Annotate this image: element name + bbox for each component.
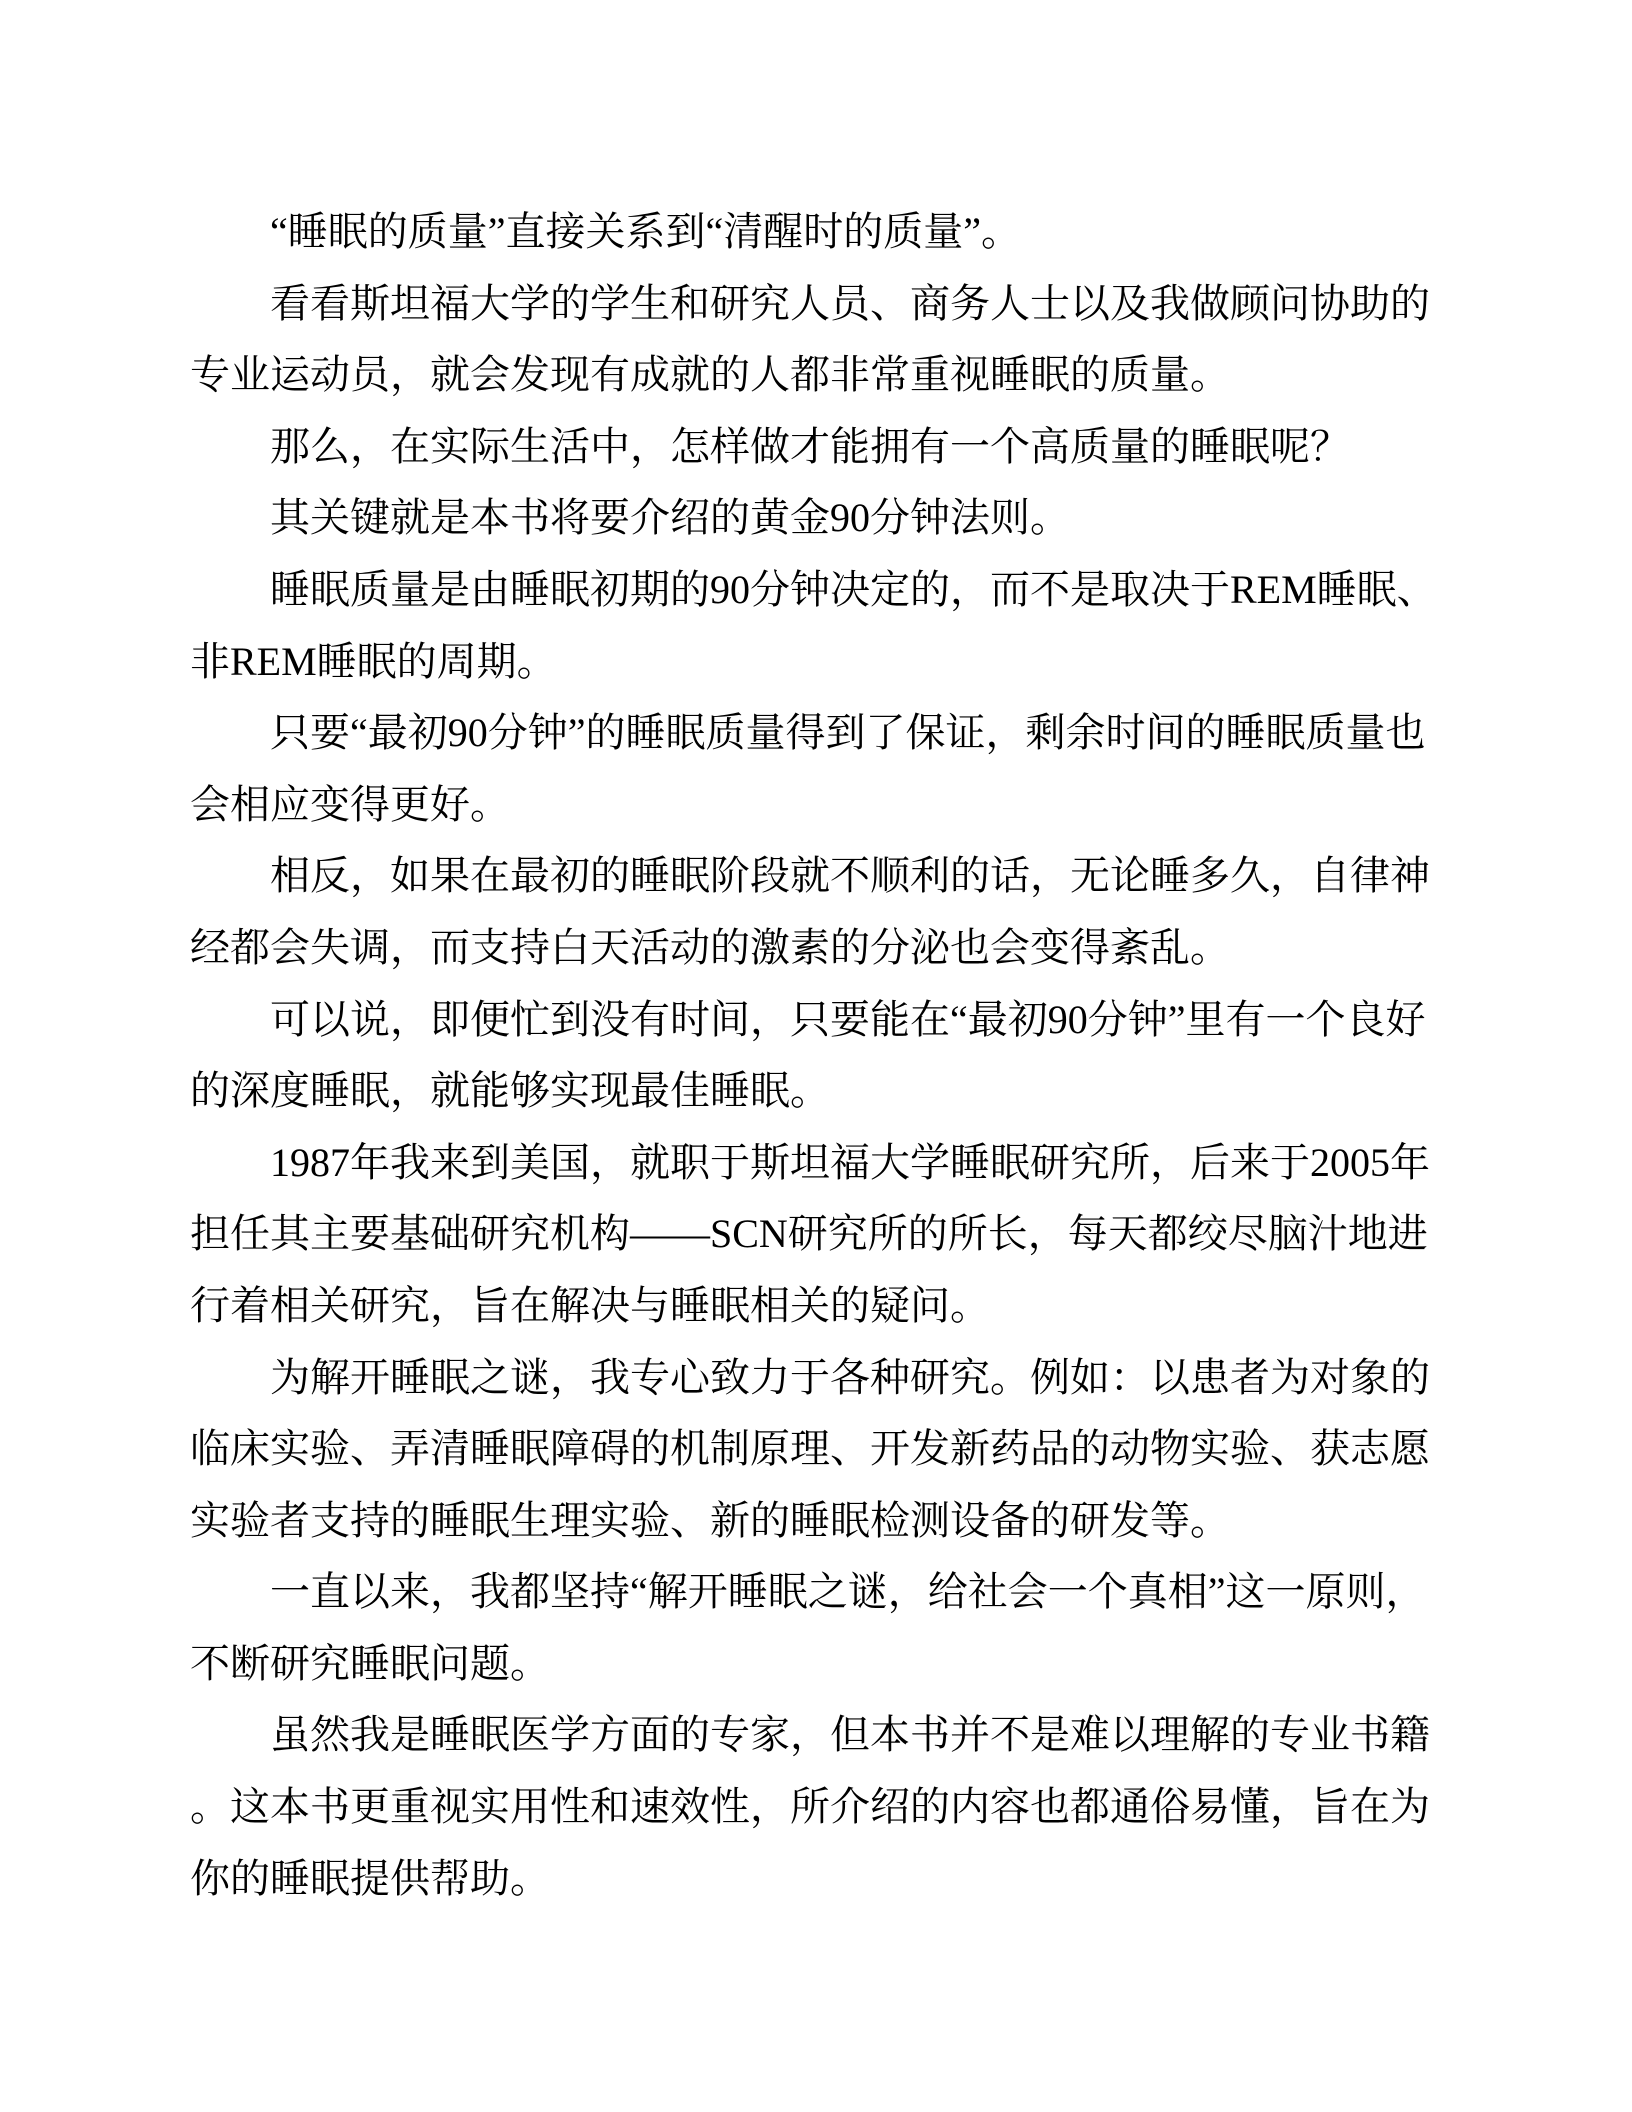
text-line: 睡眠质量是由睡眠初期的90分钟决定的，而不是取决于REM睡眠、 bbox=[190, 554, 1490, 626]
text-line: 看看斯坦福大学的学生和研究人员、商务人士以及我做顾问协助的 bbox=[190, 268, 1490, 340]
text-line: 1987年我来到美国，就职于斯坦福大学睡眠研究所，后来于2005年 bbox=[190, 1127, 1490, 1199]
text-line: 行着相关研究，旨在解决与睡眠相关的疑问。 bbox=[190, 1270, 1490, 1342]
text-line: 担任其主要基础研究机构——SCN研究所的所长，每天都绞尽脑汁地进 bbox=[190, 1198, 1490, 1270]
text-line: 可以说，即便忙到没有时间，只要能在“最初90分钟”里有一个良好 bbox=[190, 984, 1490, 1056]
text-line: 那么，在实际生活中，怎样做才能拥有一个高质量的睡眠呢？ bbox=[190, 411, 1490, 483]
document-page: “睡眠的质量”直接关系到“清醒时的质量”。看看斯坦福大学的学生和研究人员、商务人… bbox=[0, 0, 1632, 2112]
text-block: “睡眠的质量”直接关系到“清醒时的质量”。看看斯坦福大学的学生和研究人员、商务人… bbox=[190, 196, 1490, 1914]
text-line: 相反，如果在最初的睡眠阶段就不顺利的话，无论睡多久，自律神 bbox=[190, 840, 1490, 912]
text-line: 的深度睡眠，就能够实现最佳睡眠。 bbox=[190, 1055, 1490, 1127]
text-line: 专业运动员，就会发现有成就的人都非常重视睡眠的质量。 bbox=[190, 339, 1490, 411]
text-line: 临床实验、弄清睡眠障碍的机制原理、开发新药品的动物实验、获志愿 bbox=[190, 1413, 1490, 1485]
text-line: 只要“最初90分钟”的睡眠质量得到了保证，剩余时间的睡眠质量也 bbox=[190, 697, 1490, 769]
text-line: 。这本书更重视实用性和速效性，所介绍的内容也都通俗易懂，旨在为 bbox=[190, 1771, 1490, 1843]
text-line: 会相应变得更好。 bbox=[190, 769, 1490, 841]
text-line: 虽然我是睡眠医学方面的专家，但本书并不是难以理解的专业书籍 bbox=[190, 1699, 1490, 1771]
text-line: 经都会失调，而支持白天活动的激素的分泌也会变得紊乱。 bbox=[190, 912, 1490, 984]
text-line: “睡眠的质量”直接关系到“清醒时的质量”。 bbox=[190, 196, 1490, 268]
text-line: 你的睡眠提供帮助。 bbox=[190, 1843, 1490, 1915]
text-line: 不断研究睡眠问题。 bbox=[190, 1628, 1490, 1700]
text-line: 一直以来，我都坚持“解开睡眠之谜，给社会一个真相”这一原则， bbox=[190, 1556, 1490, 1628]
text-line: 实验者支持的睡眠生理实验、新的睡眠检测设备的研发等。 bbox=[190, 1485, 1490, 1557]
text-line: 其关键就是本书将要介绍的黄金90分钟法则。 bbox=[190, 482, 1490, 554]
text-line: 非REM睡眠的周期。 bbox=[190, 626, 1490, 698]
text-line: 为解开睡眠之谜，我专心致力于各种研究。例如：以患者为对象的 bbox=[190, 1342, 1490, 1414]
